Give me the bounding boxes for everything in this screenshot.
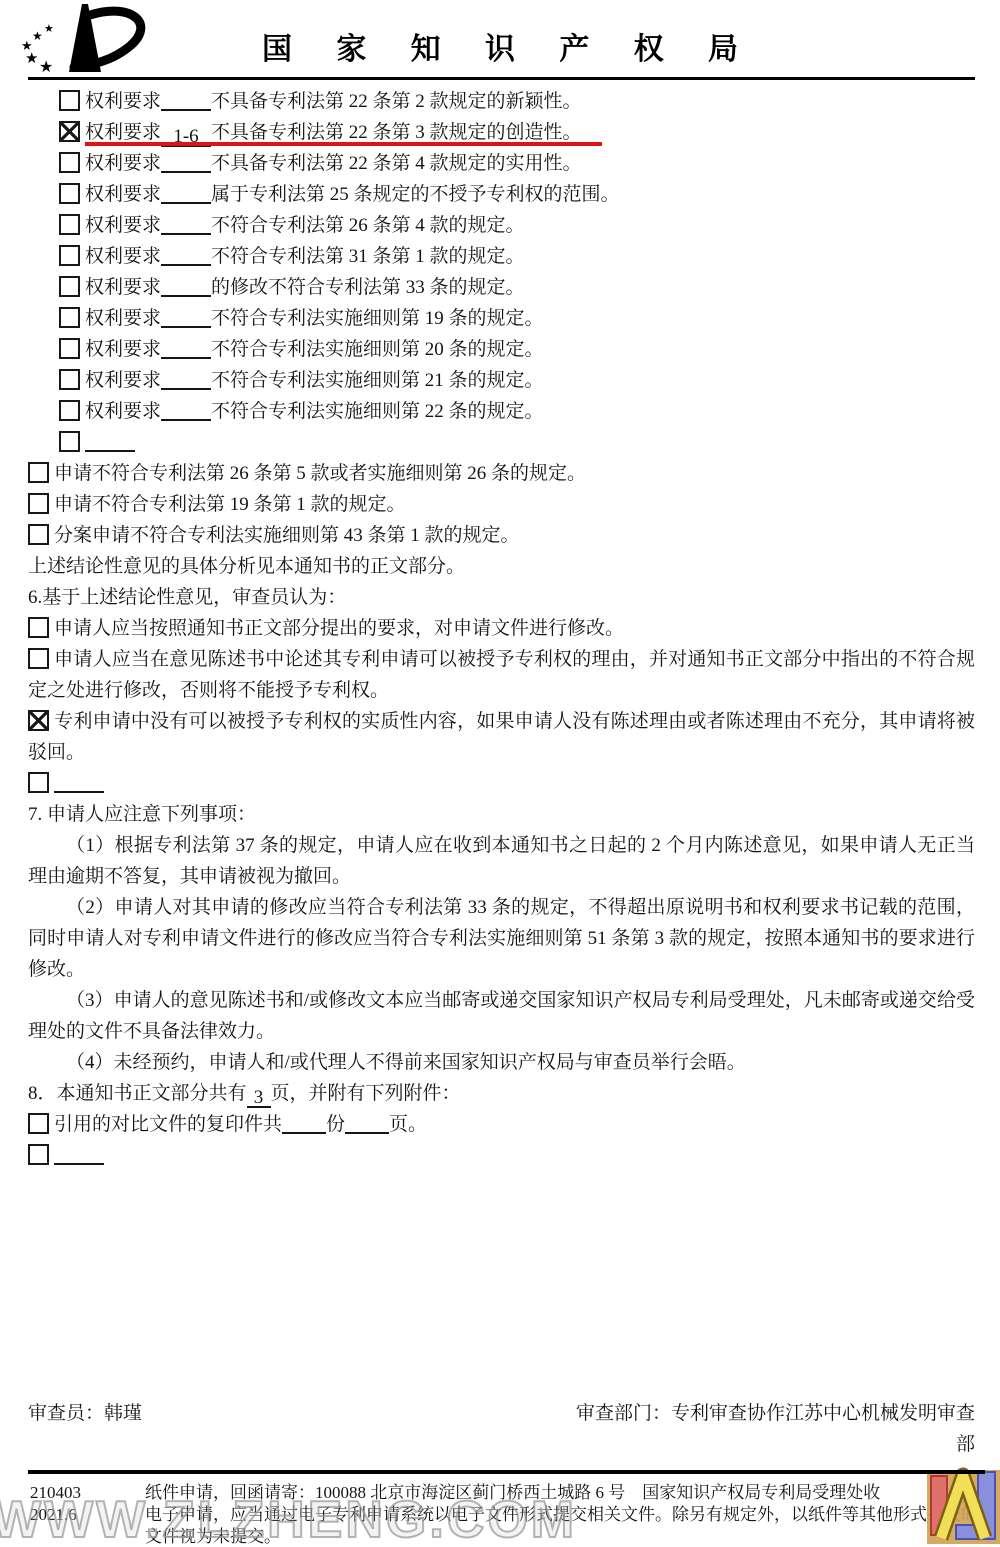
application-text: 申请不符合专利法第 19 条第 1 款的规定。 [54, 494, 406, 515]
page-title: 国 家 知 识 产 权 局 [0, 24, 1000, 68]
claim-text: 的修改不符合专利法第 33 条的规定。 [211, 277, 525, 298]
claim-prefix: 权利要求 [85, 339, 161, 360]
claim-prefix: 权利要求 [85, 184, 161, 205]
section8-prefix: 8．本通知书正文部分共有 [28, 1083, 247, 1104]
claim-prefix: 权利要求 [85, 91, 161, 112]
checkbox-unchecked [59, 276, 80, 297]
blank-field [282, 1114, 326, 1134]
checkbox-checked [28, 710, 49, 731]
application-row-1: 申请不符合专利法第 26 条第 5 款或者实施细则第 26 条的规定。 [28, 458, 975, 489]
claim-text: 属于专利法第 25 条规定的不授予专利权的范围。 [211, 184, 620, 205]
claim-row-other-blank [59, 427, 975, 458]
claim-text: 不符合专利法实施细则第 22 条的规定。 [211, 401, 544, 422]
conclusion-item-1: 申请人应当按照通知书正文部分提出的要求，对申请文件进行修改。 [28, 613, 975, 644]
checkbox-unchecked [28, 493, 49, 514]
analysis-note: 上述结论性意见的具体分析见本通知书的正文部分。 [28, 551, 975, 582]
attachment-text: 页。 [389, 1114, 427, 1135]
claim-prefix: 权利要求 [85, 308, 161, 329]
blank-field [161, 370, 211, 390]
checkbox-checked [59, 121, 80, 142]
header-divider [28, 77, 975, 80]
claim-row-4: 权利要求属于专利法第 25 条规定的不授予专利权的范围。 [59, 179, 975, 210]
conclusion-text: 申请人应当按照通知书正文部分提出的要求，对申请文件进行修改。 [54, 618, 624, 639]
claim-row-11: 权利要求不符合专利法实施细则第 22 条的规定。 [59, 396, 975, 427]
checkbox-unchecked [59, 245, 80, 266]
conclusion-text: 专利申请中没有可以被授予专利权的实质性内容，如果申请人没有陈述理由或者陈述理由不… [28, 711, 975, 763]
examiner-name: 审查员：韩瑾 [28, 1398, 142, 1429]
checkbox-unchecked [59, 90, 80, 111]
footer-form-code: 210403 2021.6 [30, 1482, 81, 1526]
conclusion-item-2: 申请人应当在意见陈述书中论述其专利申请可以被授予专利权的理由，并对通知书正文部分… [28, 644, 975, 706]
section7-heading: 7. 申请人应注意下列事项： [28, 799, 975, 830]
checkbox-unchecked [59, 431, 80, 452]
footer-divider [28, 1470, 985, 1474]
claim-row-5: 权利要求不符合专利法第 26 条第 4 款的规定。 [59, 210, 975, 241]
blank-field [54, 773, 104, 793]
application-row-3: 分案申请不符合专利法实施细则第 43 条第 1 款的规定。 [28, 520, 975, 551]
checkbox-unchecked [28, 462, 49, 483]
checkbox-unchecked [59, 183, 80, 204]
application-text: 分案申请不符合专利法实施细则第 43 条第 1 款的规定。 [54, 525, 520, 546]
footer-line-2: 电子申请，应当通过电子专利申请系统以电子文件形式提交相关文件。除另有规定外，以纸… [145, 1504, 990, 1526]
checkbox-unchecked [59, 338, 80, 359]
claim-text: 不符合专利法实施细则第 20 条的规定。 [211, 339, 544, 360]
footer-line-1: 纸件申请，回函请寄：100088 北京市海淀区蓟门桥西土城路 6 号 国家知识产… [145, 1482, 990, 1504]
claim-row-7: 权利要求的修改不符合专利法第 33 条的规定。 [59, 272, 975, 303]
form-code: 210403 [30, 1482, 81, 1504]
claim-row-3: 权利要求不具备专利法第 22 条第 4 款规定的实用性。 [59, 148, 975, 179]
footer-line-3: 文件视为未提交。 [145, 1526, 990, 1547]
blank-field [161, 401, 211, 421]
attachment-blank-row [28, 1140, 975, 1171]
blank-field [161, 215, 211, 235]
checkbox-unchecked [28, 772, 49, 793]
conclusion-blank-row [28, 768, 975, 799]
department-tail: 部 [28, 1429, 975, 1460]
claim-prefix: 权利要求 [85, 401, 161, 422]
section8-suffix: 页，并附有下列附件： [271, 1083, 461, 1104]
blank-field [161, 184, 211, 204]
claim-prefix: 权利要求 [85, 246, 161, 267]
claim-text: 不符合专利法第 26 条第 4 款的规定。 [211, 215, 525, 236]
attachment-text: 份 [326, 1114, 345, 1135]
attachment-text: 引用的对比文件的复印件共 [54, 1114, 282, 1135]
claim-text: 不符合专利法实施细则第 21 条的规定。 [211, 370, 544, 391]
notice-paragraph-2: （2）申请人对其申请的修改应当符合专利法第 33 条的规定，不得超出原说明书和权… [28, 892, 975, 985]
notice-paragraph-4: （4）未经预约，申请人和/或代理人不得前来国家知识产权局与审查员举行会晤。 [28, 1047, 975, 1078]
notice-paragraph-1: （1）根据专利法第 37 条的规定，申请人应在收到本通知书之日起的 2 个月内陈… [28, 830, 975, 892]
claim-row-8: 权利要求不符合专利法实施细则第 19 条的规定。 [59, 303, 975, 334]
checkbox-unchecked [28, 617, 49, 638]
pages-blank-filled: 3 [247, 1088, 271, 1108]
blank-field [161, 277, 211, 297]
checkbox-unchecked [28, 524, 49, 545]
claim-row-10: 权利要求不符合专利法实施细则第 21 条的规定。 [59, 365, 975, 396]
document-body: 权利要求不具备专利法第 22 条第 2 款规定的新颖性。 权利要求1-6不具备专… [28, 86, 975, 1171]
section8-line: 8．本通知书正文部分共有3页，并附有下列附件： [28, 1078, 975, 1109]
claim-row-1: 权利要求不具备专利法第 22 条第 2 款规定的新颖性。 [59, 86, 975, 117]
checkbox-unchecked [28, 648, 49, 669]
claim-row-2-checked: 权利要求1-6不具备专利法第 22 条第 3 款规定的创造性。 [59, 117, 975, 148]
blank-field [161, 308, 211, 328]
claim-row-9: 权利要求不符合专利法实施细则第 20 条的规定。 [59, 334, 975, 365]
checkbox-unchecked [59, 152, 80, 173]
blank-field [85, 432, 135, 452]
claim-prefix: 权利要求 [85, 122, 161, 143]
application-text: 申请不符合专利法第 26 条第 5 款或者实施细则第 26 条的规定。 [54, 463, 586, 484]
application-row-2: 申请不符合专利法第 19 条第 1 款的规定。 [28, 489, 975, 520]
attachment-row: 引用的对比文件的复印件共份页。 [28, 1109, 975, 1140]
blank-field [345, 1114, 389, 1134]
claim-text: 不具备专利法第 22 条第 4 款规定的实用性。 [211, 153, 582, 174]
conclusion-text: 申请人应当在意见陈述书中论述其专利申请可以被授予专利权的理由，并对通知书正文部分… [28, 649, 975, 701]
footer-instructions: 纸件申请，回函请寄：100088 北京市海淀区蓟门桥西土城路 6 号 国家知识产… [145, 1482, 990, 1547]
claim-text: 不具备专利法第 22 条第 2 款规定的新颖性。 [211, 91, 582, 112]
section6-heading: 6.基于上述结论性意见，审查员认为： [28, 582, 975, 613]
claim-text: 不符合专利法实施细则第 19 条的规定。 [211, 308, 544, 329]
checkbox-unchecked [59, 400, 80, 421]
claim-row-6: 权利要求不符合专利法第 31 条第 1 款的规定。 [59, 241, 975, 272]
signature-block: 审查员：韩瑾 审查部门：专利审查协作江苏中心机械发明审查 部 [28, 1398, 975, 1460]
checkbox-unchecked [28, 1144, 49, 1165]
blank-field [161, 246, 211, 266]
patent-notice-page: ★ ★ ★ ★ ★ 国 家 知 识 产 权 局 权利要求不具备专利法第 22 条… [0, 0, 1000, 1547]
conclusion-item-3-checked: 专利申请中没有可以被授予专利权的实质性内容，如果申请人没有陈述理由或者陈述理由不… [28, 706, 975, 768]
claim-text: 不具备专利法第 22 条第 3 款规定的创造性。 [211, 122, 582, 143]
claim-prefix: 权利要求 [85, 153, 161, 174]
claim-text: 不符合专利法第 31 条第 1 款的规定。 [211, 246, 525, 267]
form-date: 2021.6 [30, 1504, 81, 1526]
examining-department: 审查部门：专利审查协作江苏中心机械发明审查 [576, 1398, 975, 1429]
site-corner-logo [927, 1467, 1000, 1545]
checkbox-unchecked [59, 307, 80, 328]
red-underline-annotation [85, 142, 602, 146]
claim-prefix: 权利要求 [85, 370, 161, 391]
blank-field [161, 339, 211, 359]
checkbox-unchecked [28, 1113, 49, 1134]
blank-field [161, 91, 211, 111]
notice-paragraph-3: （3）申请人的意见陈述书和/或修改文本应当邮寄或递交国家知识产权局专利局受理处，… [28, 985, 975, 1047]
claim-prefix: 权利要求 [85, 215, 161, 236]
checkbox-unchecked [59, 214, 80, 235]
blank-field [161, 153, 211, 173]
checkbox-unchecked [59, 369, 80, 390]
claim-prefix: 权利要求 [85, 277, 161, 298]
blank-field [54, 1145, 104, 1165]
